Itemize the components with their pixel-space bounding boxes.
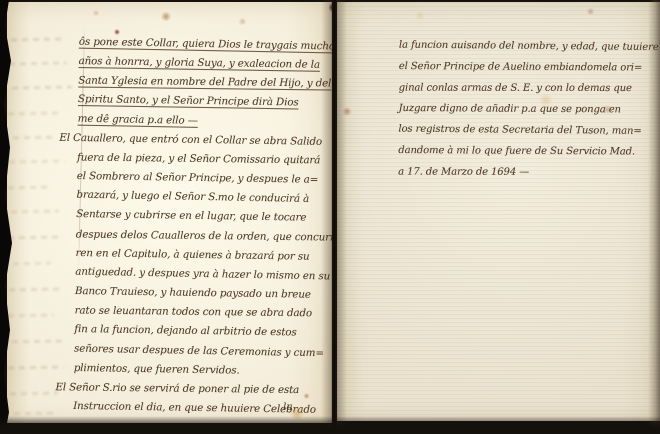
bleed-through-line bbox=[9, 288, 63, 292]
bleed-through-line bbox=[14, 412, 54, 416]
bleed-through-line bbox=[8, 112, 58, 116]
manuscript-line: el Señor Principe de Auelino embiandomel… bbox=[399, 56, 660, 79]
manuscript-line: Santa Yglesia en nombre del Padre del Hi… bbox=[78, 72, 332, 94]
fore-edge-shadow bbox=[648, 0, 660, 434]
bleed-through-line bbox=[11, 210, 59, 214]
bleed-through-line bbox=[12, 85, 72, 89]
bleed-through-line bbox=[8, 186, 48, 190]
bleed-through-line bbox=[9, 61, 67, 65]
manuscript-line: a 17. de Marzo de 1694 — bbox=[398, 162, 660, 184]
bleed-through-line bbox=[8, 366, 64, 370]
bottom-scan-shadow bbox=[0, 416, 660, 434]
bleed-through-line bbox=[12, 340, 62, 344]
bleed-through-line bbox=[11, 38, 63, 42]
manuscript-line: ginal conlas armas de S. E. y con lo dem… bbox=[399, 78, 660, 100]
manuscript-scan: ôs pone este Collar, quiera Dios le tray… bbox=[0, 0, 660, 434]
right-page-text: la funcion auisando del nombre, y edad, … bbox=[398, 35, 660, 184]
bleed-through-line bbox=[10, 392, 58, 396]
manuscript-line: El Señor S.rio se servirá de poner al pi… bbox=[55, 378, 328, 400]
bleed-through-line bbox=[8, 314, 54, 318]
left-page: ôs pone este Collar, quiera Dios le tray… bbox=[7, 2, 332, 423]
left-page-text: ôs pone este Collar, quiera Dios le tray… bbox=[73, 33, 332, 420]
manuscript-line: despues delos Caualleros de la orden, qu… bbox=[76, 225, 331, 247]
manuscript-line: los registros de esta Secretaria del Tus… bbox=[398, 119, 660, 142]
bleed-through-line bbox=[13, 262, 51, 266]
bleed-through-line bbox=[8, 236, 60, 240]
manuscript-line: fuera de la pieza, y el Señor Comissario… bbox=[77, 148, 332, 170]
manuscript-line: la funcion auisando del nombre, y edad, … bbox=[399, 35, 660, 58]
manuscript-line: rato se leuantaran todos con que se abra… bbox=[75, 302, 330, 324]
bleed-through-line bbox=[9, 160, 65, 164]
manuscript-line: Juzgare digno de añadir p.a que se ponga… bbox=[398, 98, 660, 121]
catchword: la bbox=[283, 401, 293, 413]
manuscript-line: dandome à mi lo que fuere de Su Servicio… bbox=[398, 140, 660, 163]
page-gutter bbox=[321, 0, 347, 434]
bleed-through-line bbox=[13, 136, 57, 140]
right-page: la funcion auisando del nombre, y edad, … bbox=[337, 2, 660, 421]
